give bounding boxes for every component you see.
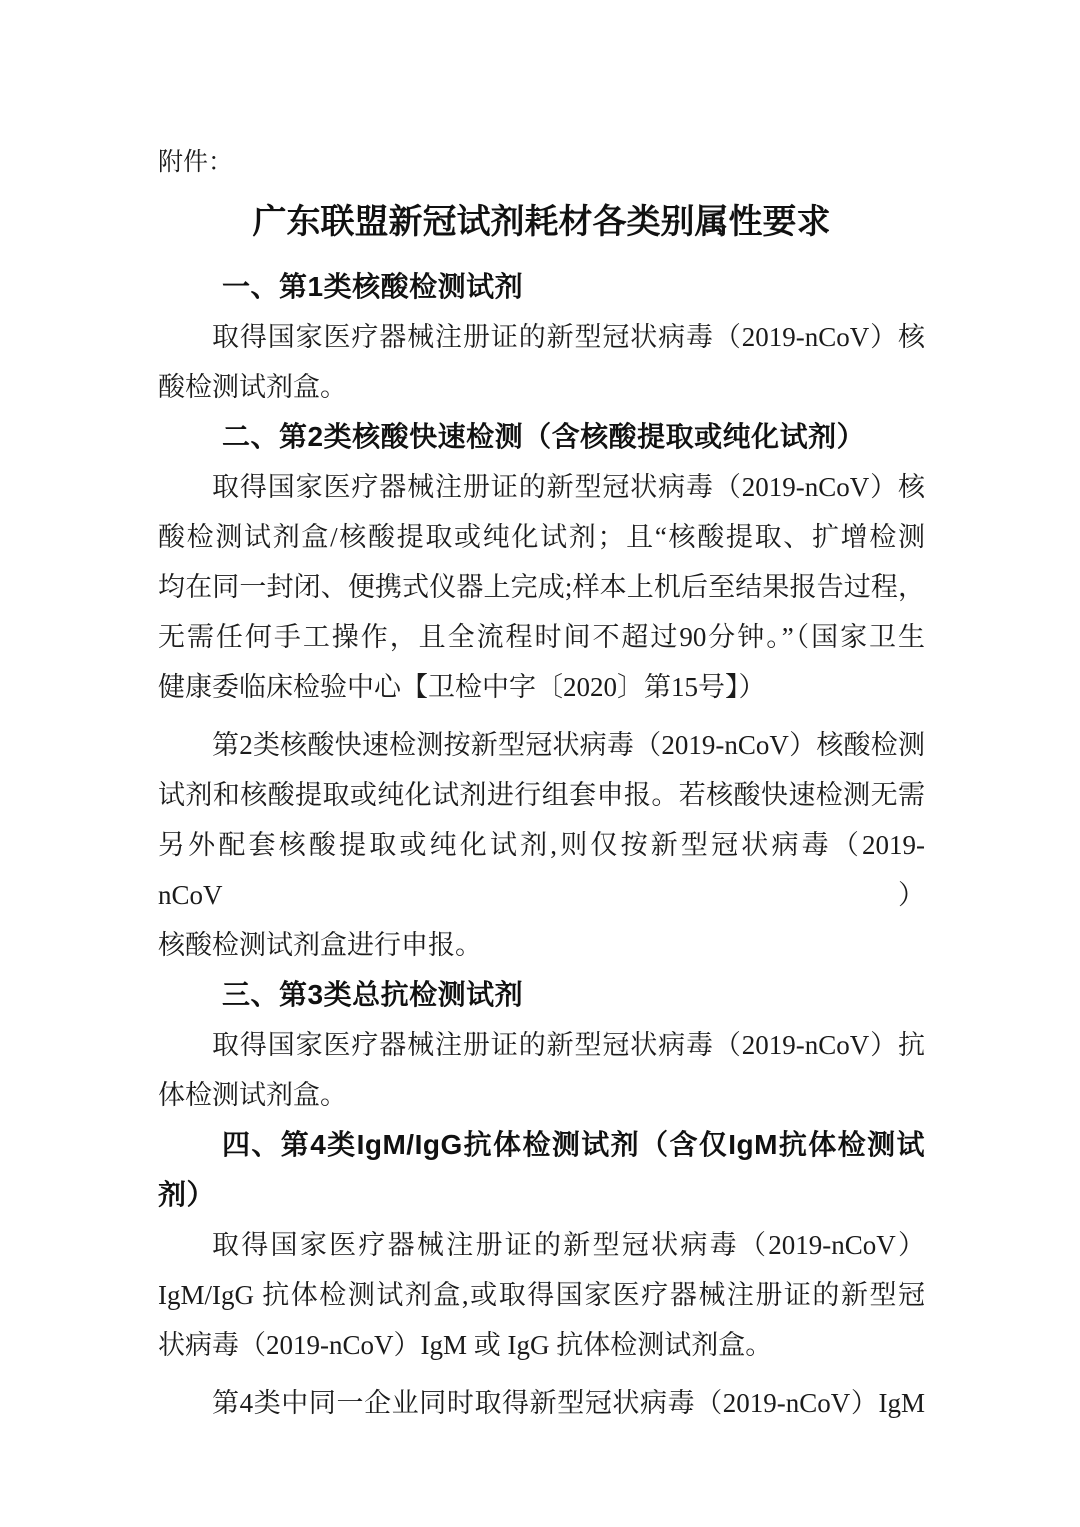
section-4-heading: 四、第4类IgM/IgG抗体检测试剂（含仅IgM抗体检测试 剂） bbox=[158, 1120, 925, 1220]
paragraph-line: 取得国家医疗器械注册证的新型冠状病毒（2019-nCoV）核 bbox=[158, 312, 925, 362]
paragraph-line: 体检测试剂盒。 bbox=[158, 1070, 925, 1120]
paragraph-line: 试剂和核酸提取或纯化试剂进行组套申报。若核酸快速检测无需 bbox=[158, 770, 925, 820]
paragraph-line: 取得国家医疗器械注册证的新型冠状病毒（2019-nCoV）核 bbox=[158, 462, 925, 512]
paragraph-line: 取得国家医疗器械注册证的新型冠状病毒（2019-nCoV） bbox=[158, 1220, 925, 1270]
section-3-heading-text: 三、第3类总抗检测试剂 bbox=[158, 970, 925, 1020]
paragraph-line: 无需任何手工操作，且全流程时间不超过90分钟。”（国家卫生 bbox=[158, 612, 925, 662]
section-1-heading-text: 一、第1类核酸检测试剂 bbox=[158, 262, 925, 312]
paragraph-line: IgM/IgG 抗体检测试剂盒,或取得国家医疗器械注册证的新型冠 bbox=[158, 1270, 925, 1320]
paragraph-line: 第4类中同一企业同时取得新型冠状病毒（2019-nCoV）IgM bbox=[158, 1378, 925, 1428]
section-3-heading: 三、第3类总抗检测试剂 bbox=[158, 970, 925, 1020]
section-3-paragraph-1: 取得国家医疗器械注册证的新型冠状病毒（2019-nCoV）抗 体检测试剂盒。 bbox=[158, 1020, 925, 1120]
section-2-heading: 二、第2类核酸快速检测（含核酸提取或纯化试剂） bbox=[158, 412, 925, 462]
paragraph-line: 第2类核酸快速检测按新型冠状病毒（2019-nCoV）核酸检测 bbox=[158, 720, 925, 770]
section-2-paragraph-2: 第2类核酸快速检测按新型冠状病毒（2019-nCoV）核酸检测 试剂和核酸提取或… bbox=[158, 720, 925, 970]
section-4-heading-line-2: 剂） bbox=[158, 1170, 925, 1220]
paragraph-line: 均在同一封闭、便携式仪器上完成;样本上机后至结果报告过程， bbox=[158, 562, 925, 612]
section-1-paragraph-1: 取得国家医疗器械注册证的新型冠状病毒（2019-nCoV）核 酸检测试剂盒。 bbox=[158, 312, 925, 412]
paragraph-line: 健康委临床检验中心【卫检中字〔2020〕第15号】） bbox=[158, 662, 925, 712]
document-title: 广东联盟新冠试剂耗材各类别属性要求 bbox=[158, 200, 925, 244]
paragraph-line: 酸检测试剂盒。 bbox=[158, 362, 925, 412]
paragraph-line: 另外配套核酸提取或纯化试剂,则仅按新型冠状病毒（2019-nCoV） bbox=[158, 820, 925, 920]
paragraph-line: 酸检测试剂盒/核酸提取或纯化试剂；且“核酸提取、扩增检测 bbox=[158, 512, 925, 562]
section-1-heading: 一、第1类核酸检测试剂 bbox=[158, 262, 925, 312]
document-page: 附件： 广东联盟新冠试剂耗材各类别属性要求 一、第1类核酸检测试剂 取得国家医疗… bbox=[0, 0, 1080, 1527]
section-2-paragraph-1: 取得国家医疗器械注册证的新型冠状病毒（2019-nCoV）核 酸检测试剂盒/核酸… bbox=[158, 462, 925, 712]
paragraph-line: 状病毒（2019-nCoV）IgM 或 IgG 抗体检测试剂盒。 bbox=[158, 1320, 925, 1370]
section-4-paragraph-1: 取得国家医疗器械注册证的新型冠状病毒（2019-nCoV） IgM/IgG 抗体… bbox=[158, 1220, 925, 1370]
section-2-heading-text: 二、第2类核酸快速检测（含核酸提取或纯化试剂） bbox=[158, 412, 925, 462]
section-4-heading-line-1: 四、第4类IgM/IgG抗体检测试剂（含仅IgM抗体检测试 bbox=[158, 1120, 925, 1170]
section-4-paragraph-2: 第4类中同一企业同时取得新型冠状病毒（2019-nCoV）IgM bbox=[158, 1378, 925, 1428]
paragraph-line: 取得国家医疗器械注册证的新型冠状病毒（2019-nCoV）抗 bbox=[158, 1020, 925, 1070]
paragraph-line: 核酸检测试剂盒进行申报。 bbox=[158, 920, 925, 970]
attachment-label: 附件： bbox=[158, 148, 925, 178]
